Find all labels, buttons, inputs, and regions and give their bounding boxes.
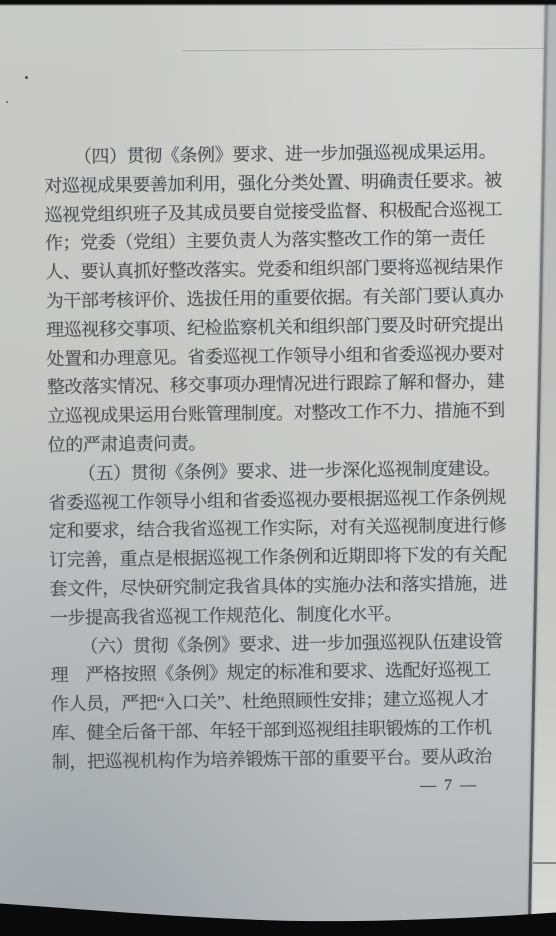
document-text: （四）贯彻《条例》要求、进一步加强巡视成果运用。对巡视成果要善加利用，强化分类处… <box>44 137 527 805</box>
document-page: （四）贯彻《条例》要求、进一步加强巡视成果运用。对巡视成果要善加利用，强化分类处… <box>0 0 556 936</box>
backdrop-top <box>0 0 556 6</box>
document-lines: （四）贯彻《条例》要求、进一步加强巡视成果运用。对巡视成果要善加利用，强化分类处… <box>44 137 526 777</box>
paper-crease <box>182 48 548 52</box>
ink-speck <box>25 76 28 79</box>
page-edge-mark <box>533 862 556 864</box>
backdrop-bottom <box>0 900 556 936</box>
ink-speck <box>6 101 8 103</box>
